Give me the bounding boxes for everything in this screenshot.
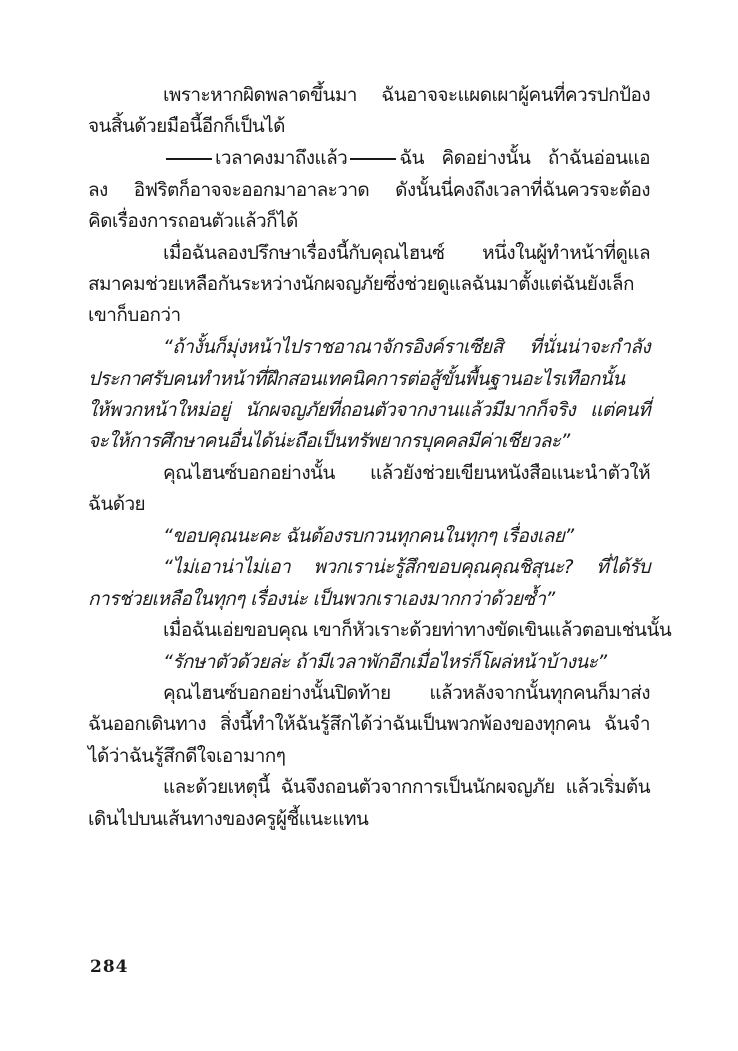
text-line: เพราะหากผิดพลาดขึ้นมา ฉันอาจจะแผดเผาผู้ค… [163,80,650,111]
dialogue-line: จะให้การศึกษาคนอื่นได้น่ะถือเป็นทรัพยากร… [88,426,650,457]
text-line: เขาก็บอกว่า [88,300,650,331]
text-line: เดินไปบนเส้นทางของครูผู้ชี้แนะแทน [88,804,650,835]
dialogue-line: “ไม่เอาน่าไม่เอา พวกเราน่ะรู้สึกขอบคุณคุ… [163,552,650,583]
text-line: เมื่อฉันเอ่ยขอบคุณ เขาก็หัวเราะด้วยท่าทา… [163,615,650,646]
page-number: 284 [90,957,129,977]
text-line: คุณไฮนซ์บอกอย่างนั้น แล้วยังช่วยเขียนหนั… [163,458,650,489]
text-line: จนสิ้นด้วยมือนี้อีกก็เป็นได้ [88,111,650,142]
text-line-with-dashes: เวลาคงมาถึงแล้วฉัน คิดอย่างนั้น ถ้าฉันอ่… [163,143,650,174]
dialogue-line: “รักษาตัวด้วยล่ะ ถ้ามีเวลาพักอีกเมื่อไหร… [163,647,650,678]
text-line: คุณไฮนซ์บอกอย่างนั้นปิดท้าย แล้วหลังจากน… [163,678,650,709]
text-line: และด้วยเหตุนี้ ฉันจึงถอนตัวจากการเป็นนัก… [163,772,650,803]
text-line: ลง อิฟริตก็อาจจะออกมาอาละวาด ดังนั้นนี่ค… [88,175,650,206]
text-segment: เวลาคงมาถึงแล้ว [215,147,347,169]
text-line: คิดเรื่องการถอนตัวแล้วก็ได้ [88,206,650,237]
text-line: ได้ว่าฉันรู้สึกดีใจเอามากๆ [88,741,650,772]
em-dash-rule [166,158,212,160]
book-page: เพราะหากผิดพลาดขึ้นมา ฉันอาจจะแผดเผาผู้ค… [0,0,738,1051]
dialogue-line: “ขอบคุณนะคะ ฉันต้องรบกวนทุกคนในทุกๆ เรื่… [163,521,650,552]
dialogue-line: ให้พวกหน้าใหม่อยู่ นักผจญภัยที่ถอนตัวจาก… [88,395,650,426]
text-segment: ฉัน คิดอย่างนั้น ถ้าฉันอ่อนแอ [399,147,650,169]
dialogue-line: ประกาศรับคนทำหน้าที่ฝึกสอนเทคนิคการต่อสู… [88,364,650,395]
text-line: สมาคมช่วยเหลือกันระหว่างนักผจญภัยซึ่งช่ว… [88,269,650,300]
text-line: ฉันด้วย [88,489,650,520]
dialogue-line: “ถ้างั้นก็มุ่งหน้าไปราชอาณาจักรอิงค์ราเซ… [163,332,650,363]
em-dash-rule [350,158,396,160]
text-line: ฉันออกเดินทาง สิ่งนี้ทำให้ฉันรู้สึกได้ว่… [88,709,650,740]
dialogue-line: การช่วยเหลือในทุกๆ เรื่องน่ะ เป็นพวกเราเ… [88,584,650,615]
text-line: เมื่อฉันลองปรึกษาเรื่องนี้กับคุณไฮนซ์ หน… [163,238,650,269]
